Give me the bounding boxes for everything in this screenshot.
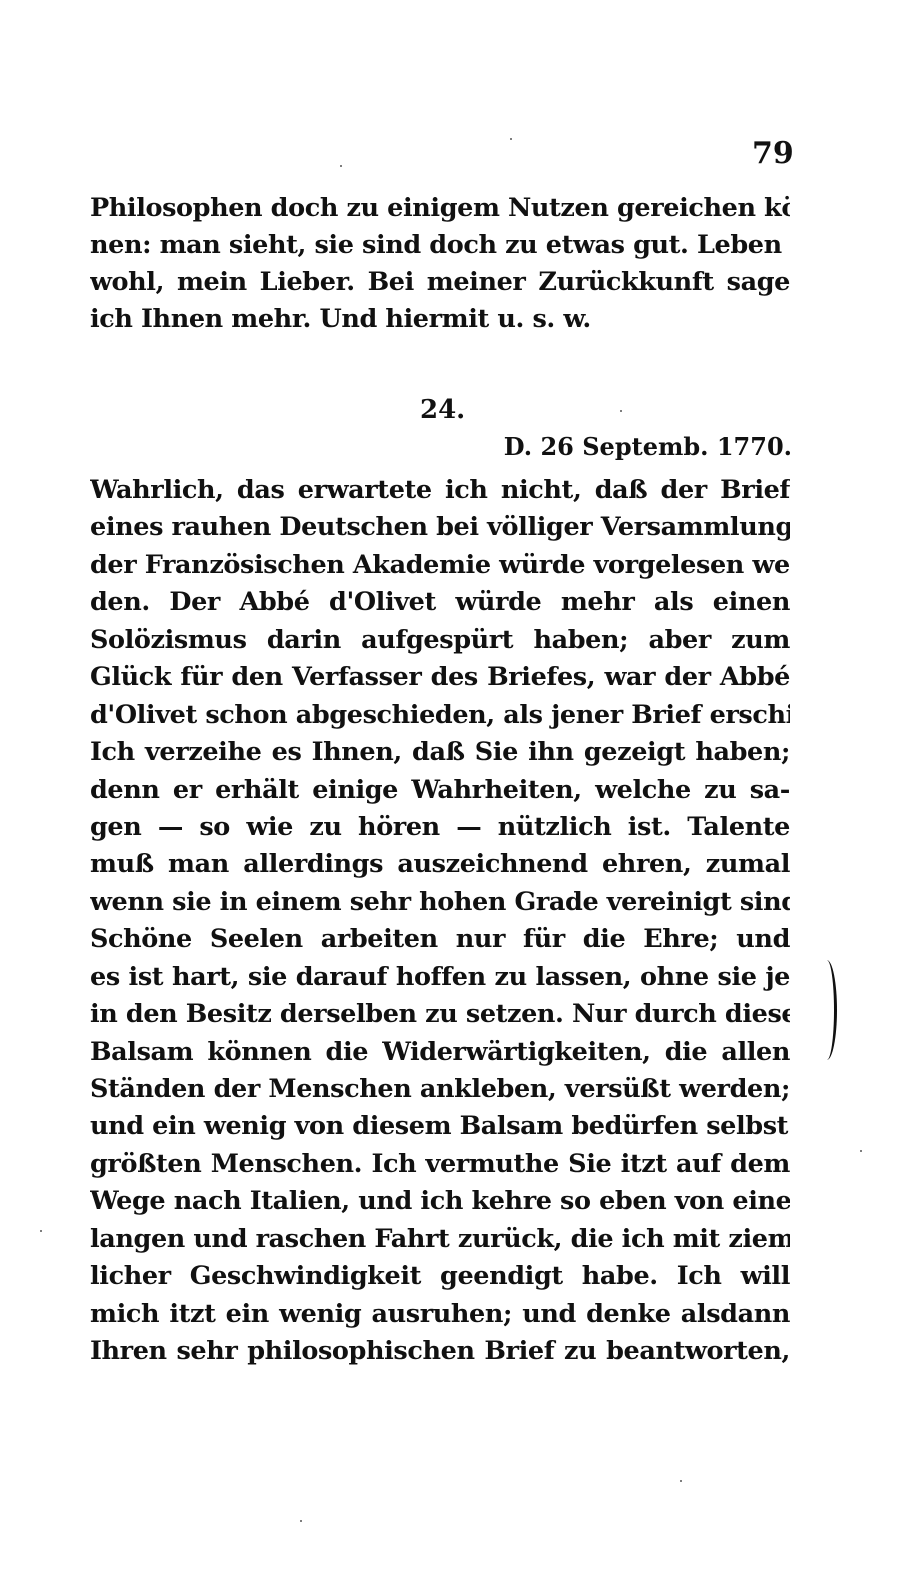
scan-speck [110, 320, 112, 322]
page-number: 79 [752, 136, 794, 171]
scan-speck [40, 1230, 42, 1232]
text-line: Wege nach Italien, und ich kehre so eben… [90, 1183, 790, 1220]
scan-speck [680, 1480, 682, 1482]
text-line: Wahrlich, das erwartete ich nicht, daß d… [90, 472, 790, 509]
text-line: Ihren sehr philosophischen Brief zu bean… [90, 1333, 790, 1370]
text-line: denn er erhält einige Wahrheiten, welche… [90, 772, 790, 809]
scan-speck [340, 165, 342, 167]
text-line: gen — so wie zu hören — nützlich ist. Ta… [90, 809, 790, 846]
letter-body: Wahrlich, das erwartete ich nicht, daß d… [90, 472, 790, 1371]
text-line: Glück für den Verfasser des Briefes, war… [90, 659, 790, 696]
text-line: licher Geschwindigkeit geendigt habe. Ic… [90, 1258, 790, 1295]
scan-speck [510, 138, 512, 140]
letter-date: D. 26 Septemb. 1770. [504, 432, 792, 461]
text-line: Schöne Seelen arbeiten nur für die Ehre;… [90, 921, 790, 958]
text-line: Balsam können die Widerwärtigkeiten, die… [90, 1034, 790, 1071]
text-line: ich Ihnen mehr. Und hiermit u. s. w. [90, 301, 790, 338]
text-line: und ein wenig von diesem Balsam bedürfen… [90, 1108, 790, 1145]
text-line: eines rauhen Deutschen bei völliger Vers… [90, 509, 790, 546]
margin-bracket-mark [820, 960, 837, 1060]
text-line: Ich verzeihe es Ihnen, daß Sie ihn gezei… [90, 734, 790, 771]
text-line: mich itzt ein wenig ausruhen; und denke … [90, 1296, 790, 1333]
text-line: wenn sie in einem sehr hohen Grade verei… [90, 884, 790, 921]
text-line: nen: man sieht, sie sind doch zu etwas g… [90, 227, 790, 264]
text-line: Ständen der Menschen ankleben, versüßt w… [90, 1071, 790, 1108]
text-line: in den Besitz derselben zu setzen. Nur d… [90, 996, 790, 1033]
text-line: Philosophen doch zu einigem Nutzen gerei… [90, 190, 790, 227]
text-line: den. Der Abbé d'Olivet würde mehr als ei… [90, 584, 790, 621]
text-line: der Französischen Akademie würde vorgele… [90, 547, 790, 584]
text-line: wohl, mein Lieber. Bei meiner Zurückkunf… [90, 264, 790, 301]
text-line: es ist hart, sie darauf hoffen zu lassen… [90, 959, 790, 996]
text-line: d'Olivet schon abgeschieden, als jener B… [90, 697, 790, 734]
text-line: muß man allerdings auszeichnend ehren, z… [90, 846, 790, 883]
scan-speck [620, 410, 622, 412]
scan-speck [300, 1520, 302, 1522]
text-line: Solözismus darin aufgespürt haben; aber … [90, 622, 790, 659]
text-line: langen und raschen Fahrt zurück, die ich… [90, 1221, 790, 1258]
scan-speck [860, 1150, 862, 1152]
text-line: größten Menschen. Ich vermuthe Sie itzt … [90, 1146, 790, 1183]
continuation-paragraph: Philosophen doch zu einigem Nutzen gerei… [90, 190, 790, 338]
letter-number: 24. [420, 395, 465, 425]
